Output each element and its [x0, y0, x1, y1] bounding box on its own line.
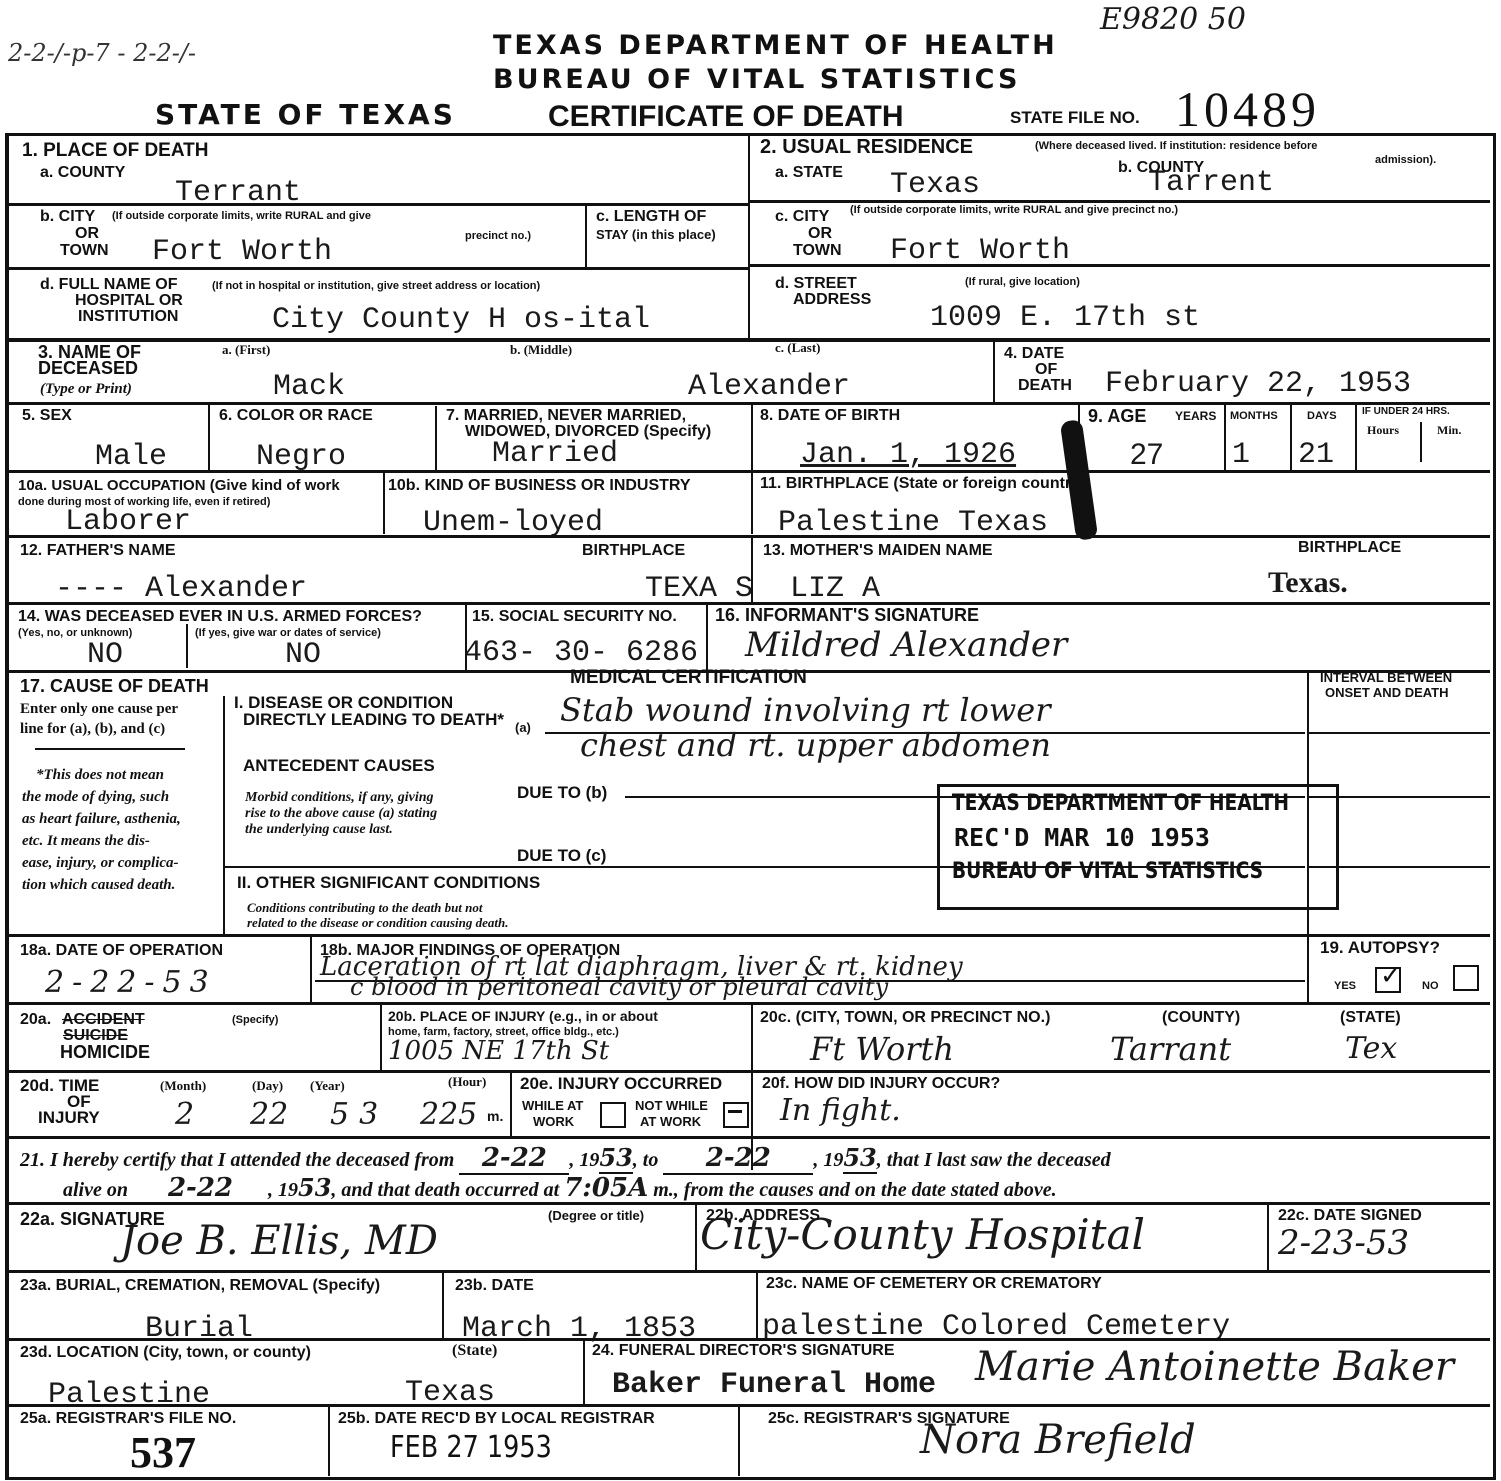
injury-state-value: Tex	[1345, 1034, 1397, 1064]
informant-label: 16. INFORMANT'S SIGNATURE	[715, 607, 979, 623]
street-label: d. STREET	[775, 276, 857, 292]
days-label: DAYS	[1307, 410, 1337, 422]
divider	[1355, 404, 1357, 470]
degree-label: (Degree or title)	[548, 1210, 644, 1222]
divider	[1290, 404, 1292, 470]
to-label: , to	[633, 1149, 659, 1171]
divider	[8, 470, 1490, 473]
injury-occurred-label: 20e. INJURY OCCURRED	[520, 1076, 722, 1092]
mother-label: 13. MOTHER'S MAIDEN NAME	[763, 543, 993, 559]
first-name-label: a. (First)	[222, 344, 270, 356]
date-of-death-value: February 22, 1953	[1105, 369, 1411, 399]
city-label: b. CITY	[40, 209, 95, 225]
ssn-value: 463- 30- 6286	[464, 638, 698, 668]
divider	[706, 604, 708, 670]
operation-date-value: 2-22-53	[45, 968, 217, 998]
cause-a-line-1: Stab wound involving rt lower	[560, 695, 1051, 725]
industry-value: Unem-loyed	[423, 508, 603, 538]
funeral-director-label: 24. FUNERAL DIRECTOR'S SIGNATURE	[592, 1343, 895, 1359]
race-value: Negro	[256, 442, 346, 472]
divider	[8, 402, 1490, 405]
age-months-value: 1	[1232, 440, 1250, 470]
not-at-work-label: NOT WHILE	[635, 1100, 708, 1112]
injury-hour-suffix: m.	[487, 1110, 503, 1122]
divider	[8, 934, 1490, 937]
injury-label: INJURY	[38, 1110, 100, 1126]
handwritten-index-left: 2-2-/-p-7 - 2-2-/-	[8, 38, 196, 68]
divider	[223, 696, 225, 934]
check-mark-icon: ✓	[1380, 961, 1402, 991]
autopsy-yes-label: YES	[1334, 980, 1356, 992]
injury-state-label: (STATE)	[1340, 1010, 1401, 1026]
stamp-line-1: TEXAS DEPARTMENT OF HEALTH	[940, 787, 1277, 821]
county-label: a. COUNTY	[40, 165, 125, 181]
divider	[35, 748, 185, 750]
stay-label-2: STAY (in this place)	[596, 229, 716, 241]
place-of-injury-value: 1005 NE 17th St	[388, 1036, 609, 1066]
cemetery-label: 23c. NAME OF CEMETERY OR CREMATORY	[766, 1276, 1102, 1292]
month-label: (Month)	[160, 1080, 206, 1092]
day-label: (Day)	[252, 1080, 283, 1092]
occupation-value: Laborer	[65, 507, 191, 537]
hospital-label: d. FULL NAME OF	[40, 277, 177, 293]
residence-street-value: 1009 E. 17th st	[930, 303, 1200, 333]
check-mark-icon	[728, 1110, 742, 1113]
stamp-line-3: BUREAU OF VITAL STATISTICS	[940, 855, 1277, 889]
marital-value: Married	[492, 439, 618, 469]
other-note-2: related to the disease or condition caus…	[247, 915, 508, 930]
operation-findings-line-2: c blood in peritoneal cavity or pleural …	[350, 972, 888, 1002]
injury-county-label: (COUNTY)	[1162, 1010, 1240, 1026]
mother-value: LIZ A	[790, 574, 880, 604]
hours-label: Hours	[1367, 424, 1399, 436]
cause-footnote-1: *This does not mean	[36, 766, 164, 784]
injury-city-value: Ft Worth	[810, 1034, 954, 1064]
injury-county-value: Tarrant	[1110, 1034, 1231, 1064]
year-prefix: , 19	[268, 1179, 298, 1201]
received-date-label: 25b. DATE REC'D BY LOCAL REGISTRAR	[338, 1411, 655, 1427]
father-birthplace-value: TEXA S	[645, 574, 753, 604]
not-at-work-label-2: AT WORK	[640, 1116, 701, 1128]
usual-residence-label: 2. USUAL RESIDENCE	[760, 139, 973, 155]
funeral-director-signature: Marie Antoinette Baker	[975, 1352, 1454, 1382]
attended-to-year: 53	[843, 1143, 876, 1174]
disposition-label: 23a. BURIAL, CREMATION, REMOVAL (Specify…	[20, 1278, 380, 1294]
sex-label: 5. SEX	[22, 408, 72, 424]
antecedent-causes-label: ANTECEDENT CAUSES	[243, 758, 435, 774]
stamp-line-2: REC'D MAR 10 1953	[940, 821, 1336, 855]
disease-label: I. DISEASE OR CONDITION	[234, 695, 453, 711]
divider	[8, 1002, 1490, 1005]
while-at-work-label: WHILE AT	[522, 1100, 583, 1112]
death-time-value: 7:05A	[564, 1173, 648, 1205]
residence-city-note: (If outside corporate limits, write RURA…	[850, 204, 1178, 216]
divider	[310, 936, 312, 1002]
birthplace-label: 11. BIRTHPLACE (State or foreign country…	[760, 476, 1085, 492]
divider	[993, 340, 995, 402]
street-label-2: ADDRESS	[793, 292, 871, 308]
town-label: TOWN	[60, 243, 109, 259]
how-injury-label: 20f. HOW DID INJURY OCCUR?	[762, 1076, 1000, 1092]
certification-text-2: , that I last saw the deceased	[877, 1149, 1111, 1171]
divider	[738, 1406, 740, 1476]
other-conditions-label: II. OTHER SIGNIFICANT CONDITIONS	[237, 875, 540, 891]
alive-on-date: 2-22	[133, 1173, 268, 1205]
disease-label-2: DIRECTLY LEADING TO DEATH*	[243, 712, 504, 728]
state-title: STATE OF TEXAS	[155, 98, 456, 131]
divider	[751, 404, 753, 534]
town-label: TOWN	[793, 243, 842, 259]
armed-forces-label: 14. WAS DECEASED EVER IN U.S. ARMED FORC…	[18, 609, 422, 625]
divider	[383, 472, 385, 534]
divider	[328, 1406, 330, 1476]
received-stamp: TEXAS DEPARTMENT OF HEALTH REC'D MAR 10 …	[937, 784, 1339, 910]
cause-footnote-3: as heart failure, asthenia,	[22, 810, 181, 828]
how-injury-value: In fight.	[780, 1096, 901, 1126]
divider	[8, 203, 748, 206]
mother-birthplace-label: BIRTHPLACE	[1298, 540, 1401, 556]
deceased-label: DECEASED	[38, 360, 138, 376]
divider	[186, 624, 188, 668]
race-label: 6. COLOR OR RACE	[219, 408, 373, 424]
attended-from-date: 2-22	[459, 1143, 569, 1175]
divider	[751, 537, 753, 603]
interval-label: INTERVAL BETWEEN	[1320, 672, 1452, 684]
location-state-label: (State)	[452, 1343, 497, 1359]
divider	[8, 267, 748, 270]
street-note: (If rural, give location)	[965, 276, 1080, 288]
physician-signature: Joe B. Ellis, MD	[120, 1226, 438, 1256]
hospital-note: (If not in hospital or institution, give…	[212, 280, 540, 292]
ssn-label: 15. SOCIAL SECURITY NO.	[472, 609, 677, 625]
divider	[1420, 422, 1422, 462]
place-of-injury-label: 20b. PLACE OF INJURY (e.g., in or about	[388, 1008, 658, 1024]
or-label: OR	[75, 226, 99, 242]
cause-a-line-2: chest and rt. upper abdomen	[580, 730, 1051, 760]
certification-text-3: , and that death occurred at	[331, 1179, 559, 1201]
injury-day-value: 22	[250, 1100, 288, 1130]
injury-hour-value: 225	[420, 1100, 477, 1130]
antecedent-note-3: the underlying cause last.	[245, 822, 393, 838]
cause-footnote-5: ease, injury, or complica-	[22, 854, 179, 872]
registrar-file-value: 537	[130, 1427, 196, 1478]
divider	[1267, 1204, 1269, 1270]
middle-name-label: b. (Middle)	[510, 344, 572, 356]
city-note: (If outside corporate limits, write RURA…	[112, 210, 371, 222]
death-city-value: Fort Worth	[152, 237, 332, 267]
age-years-value: 27	[1130, 440, 1163, 470]
divider	[1224, 404, 1226, 470]
of-label: OF	[1035, 362, 1057, 378]
divider	[8, 1136, 1490, 1139]
date-of-birth-value: Jan. 1, 1926	[800, 440, 1016, 470]
handwritten-index-right: E9820 50	[1100, 5, 1246, 35]
divider	[750, 264, 1490, 267]
cause-of-death-label: 17. CAUSE OF DEATH	[20, 678, 209, 694]
operation-date-label: 18a. DATE OF OPERATION	[20, 943, 223, 959]
cause-footnote-6: tion which caused death.	[22, 876, 175, 894]
received-date-value: FEB 27 1953	[390, 1430, 552, 1465]
residence-county-value: Tarrent	[1148, 168, 1274, 198]
state-file-label: STATE FILE NO.	[1010, 108, 1140, 128]
location-label: 23d. LOCATION (City, town, or county)	[20, 1345, 311, 1361]
armed-service-value: NO	[285, 640, 321, 670]
registrar-file-label: 25a. REGISTRAR'S FILE NO.	[20, 1411, 236, 1427]
hour-label: (Hour)	[448, 1076, 486, 1088]
residence-city-value: Fort Worth	[890, 236, 1070, 266]
registrar-signature: Nora Brefield	[920, 1425, 1196, 1455]
interval-label-2: ONSET AND DEATH	[1325, 687, 1449, 699]
place-of-death-label: 1. PLACE OF DEATH	[22, 143, 209, 159]
cause-footnote-2: the mode of dying, such	[22, 788, 169, 806]
occupation-label: 10a. USUAL OCCUPATION (Give kind of work	[18, 478, 340, 494]
attended-to-date: 2-22	[663, 1143, 813, 1175]
months-label: MONTHS	[1230, 410, 1278, 422]
type-or-print-label: (Type or Print)	[40, 380, 132, 398]
last-name-value: Alexander	[688, 372, 850, 402]
attended-from-year: 53	[599, 1143, 632, 1174]
certification-text-4: m., from the causes and on the date stat…	[653, 1179, 1056, 1201]
divider	[8, 535, 1490, 538]
divider	[748, 136, 750, 341]
divider	[8, 1404, 1490, 1407]
father-value: ---- Alexander	[55, 574, 307, 604]
informant-signature: Mildred Alexander	[745, 630, 1067, 660]
divider	[585, 205, 587, 267]
divider	[8, 1070, 1490, 1073]
while-at-work-label-2: WORK	[533, 1116, 574, 1128]
stay-label: c. LENGTH OF	[596, 209, 706, 225]
death-label: DEATH	[1018, 378, 1072, 394]
cause-note-1: Enter only one cause per	[20, 700, 178, 718]
due-to-b-label: DUE TO (b)	[517, 785, 607, 801]
year-prefix: , 19	[569, 1149, 599, 1171]
alive-on-label: alive on	[63, 1179, 128, 1201]
industry-label: 10b. KIND OF BUSINESS OR INDUSTRY	[388, 478, 691, 494]
divider	[8, 1270, 1490, 1273]
autopsy-label: 19. AUTOPSY?	[1320, 940, 1440, 956]
father-birthplace-label: BIRTHPLACE	[582, 543, 685, 559]
funeral-home-value: Baker Funeral Home	[612, 1370, 936, 1400]
injury-city-label: 20c. (CITY, TOWN, OR PRECINCT NO.)	[760, 1010, 1050, 1026]
year-label: (Year)	[310, 1080, 345, 1092]
date-signed-label: 22c. DATE SIGNED	[1278, 1208, 1422, 1224]
alive-on-year: 53	[298, 1173, 331, 1204]
sex-value: Male	[95, 442, 167, 472]
date-signed-value: 2-23-53	[1278, 1228, 1409, 1258]
divider	[8, 1338, 1490, 1341]
divider	[1309, 732, 1490, 734]
autopsy-no-checkbox[interactable]	[1453, 965, 1479, 991]
divider	[442, 1272, 444, 1338]
hospital-label-3: INSTITUTION	[78, 309, 178, 325]
residence-city-label: c. CITY	[775, 209, 829, 225]
date-of-death-label: 4. DATE	[1004, 346, 1064, 362]
cause-note-2: line for (a), (b), and (c)	[20, 720, 165, 738]
autopsy-no-label: NO	[1422, 980, 1439, 992]
marital-label: 7. MARRIED, NEVER MARRIED,	[446, 408, 686, 424]
age-label: 9. AGE	[1088, 408, 1146, 424]
hospital-value: City County H os-ital	[272, 305, 650, 335]
certification-text-1: 21. I hereby certify that I attended the…	[20, 1149, 454, 1171]
divider	[208, 404, 210, 472]
hospital-label-2: HOSPITAL OR	[75, 293, 183, 309]
antecedent-note-1: Morbid conditions, if any, giving	[245, 790, 434, 806]
bureau-title: BUREAU OF VITAL STATISTICS	[493, 64, 1020, 95]
certification-line-2: alive on 2-22, 1953, and that death occu…	[63, 1173, 1057, 1205]
injury-year-value: 53	[330, 1100, 388, 1130]
burial-date-label: 23b. DATE	[455, 1278, 534, 1294]
certification-line-1: 21. I hereby certify that I attended the…	[20, 1143, 1111, 1175]
medical-certification-title: MEDICAL CERTIFICATION	[570, 670, 807, 686]
first-name-value: Mack	[273, 372, 345, 402]
years-label: YEARS	[1175, 410, 1216, 422]
divider	[1307, 936, 1309, 1002]
under-24-label: IF UNDER 24 HRS.	[1362, 406, 1450, 418]
residence-state-value: Texas	[890, 170, 980, 200]
other-note-1: Conditions contributing to the death but…	[247, 900, 483, 915]
date-of-birth-label: 8. DATE OF BIRTH	[760, 408, 900, 424]
residence-note: (Where deceased lived. If institution: r…	[1035, 140, 1317, 152]
injury-month-value: 2	[175, 1100, 194, 1130]
state-file-number: 10489	[1175, 80, 1320, 138]
divider	[695, 1204, 697, 1270]
divider	[750, 200, 1490, 203]
due-to-c-label: DUE TO (c)	[517, 848, 606, 864]
certificate-title: CERTIFICATE OF DEATH	[548, 100, 904, 134]
divider	[583, 1340, 585, 1406]
divider	[380, 1004, 382, 1070]
a-label: (a)	[515, 720, 531, 736]
divider	[510, 1072, 512, 1136]
divider	[756, 1272, 758, 1338]
min-label: Min.	[1437, 424, 1461, 436]
divider	[435, 406, 437, 470]
father-label: 12. FATHER'S NAME	[20, 543, 176, 559]
autopsy-yes-checkbox[interactable]: ✓	[1375, 967, 1401, 993]
mother-birthplace-value: Texas.	[1268, 568, 1348, 598]
birthplace-value: Palestine Texas	[778, 508, 1048, 538]
accident-num-label: 20a.	[20, 1012, 51, 1028]
agency-title: TEXAS DEPARTMENT OF HEALTH	[493, 30, 1058, 61]
physician-address: City-County Hospital	[700, 1220, 1145, 1250]
state-label: a. STATE	[775, 165, 843, 181]
homicide-label: HOMICIDE	[60, 1044, 150, 1060]
accident-label: ACCIDENT	[62, 1012, 145, 1028]
while-at-work-checkbox[interactable]	[600, 1102, 626, 1128]
not-at-work-checkbox[interactable]	[723, 1102, 749, 1128]
cause-footnote-4: etc. It means the dis-	[22, 832, 150, 850]
antecedent-note-2: rise to the above cause (a) stating	[245, 806, 437, 822]
city-note-2: precinct no.)	[465, 230, 531, 242]
residence-note-2: admission).	[1375, 154, 1436, 166]
last-name-label: c. (Last)	[775, 342, 821, 354]
or-label: OR	[808, 226, 832, 242]
armed-forces-value: NO	[87, 640, 123, 670]
age-days-value: 21	[1298, 440, 1334, 470]
specify-label: (Specify)	[232, 1014, 278, 1026]
year-prefix: , 19	[813, 1149, 843, 1171]
